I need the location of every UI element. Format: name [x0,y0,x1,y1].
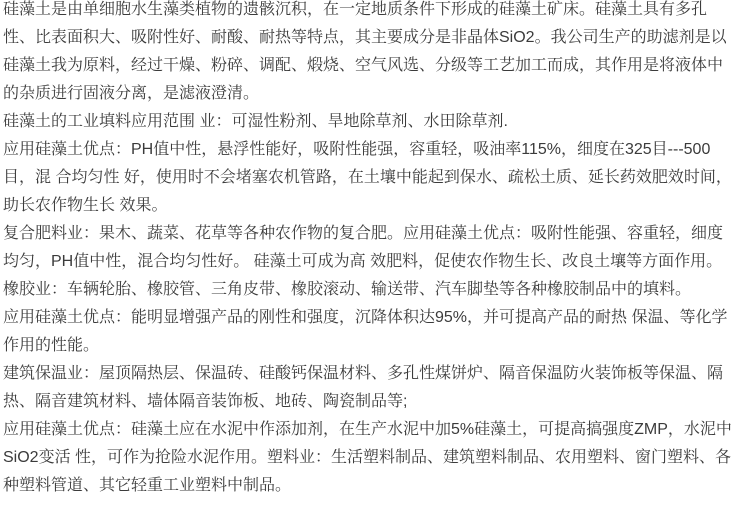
text-line: 硅藻土的工业填料应用范围 业：可湿性粉剂、旱地除草剂、水田除草剂. [3,108,732,136]
text-line: 性、比表面积大、吸附性好、耐酸、耐热等特点，其主要成分是非晶体SiO2。我公司生… [3,24,732,52]
text-line: 目，混 合均匀性 好，使用时不会堵塞农机管路，在土壤中能起到保水、疏松土质、延长… [3,164,732,192]
text-line: 种塑料管道、其它轻重工业塑料中制品。 [3,472,732,500]
text-line: 的杂质进行固液分离，是滤液澄清。 [3,80,732,108]
text-line: 应用硅藻土优点：能明显增强产品的刚性和强度，沉降体积达95%，并可提高产品的耐热… [3,304,732,332]
text-line: 建筑保温业：屋顶隔热层、保温砖、硅酸钙保温材料、多孔性煤饼炉、隔音保温防火装饰板… [3,360,732,388]
text-line: 热、隔音建筑材料、墙体隔音装饰板、地砖、陶瓷制品等; [3,388,732,416]
text-line: SiO2变活 性，可作为抢险水泥作用。塑料业：生活塑料制品、建筑塑料制品、农用塑… [3,444,732,472]
text-line: 复合肥料业：果木、蔬菜、花草等各种农作物的复合肥。应用硅藻土优点：吸附性能强、容… [3,220,732,248]
text-line: 硅藻土我为原料，经过干燥、粉碎、调配、煅烧、空气风选、分级等工艺加工而成，其作用… [3,52,732,80]
text-line: 助长农作物生长 效果。 [3,192,732,220]
text-line: 橡胶业：车辆轮胎、橡胶管、三角皮带、橡胶滚动、输送带、汽车脚垫等各种橡胶制品中的… [3,276,732,304]
text-line: 均匀，PH值中性，混合均匀性好。 硅藻土可成为高 效肥料，促使农作物生长、改良土… [3,248,732,276]
text-line: 硅藻土是由单细胞水生藻类植物的遗骸沉积，在一定地质条件下形成的硅藻土矿床。硅藻土… [3,0,732,24]
text-line: 应用硅藻土优点：硅藻土应在水泥中作添加剂，在生产水泥中加5%硅藻土，可提高搞强度… [3,416,732,444]
text-line: 应用硅藻土优点：PH值中性，悬浮性能好，吸附性能强，容重轻，吸油率115%，细度… [3,136,732,164]
document-body: 硅藻土是由单细胞水生藻类植物的遗骸沉积，在一定地质条件下形成的硅藻土矿床。硅藻土… [0,0,734,500]
text-line: 作用的性能。 [3,332,732,360]
